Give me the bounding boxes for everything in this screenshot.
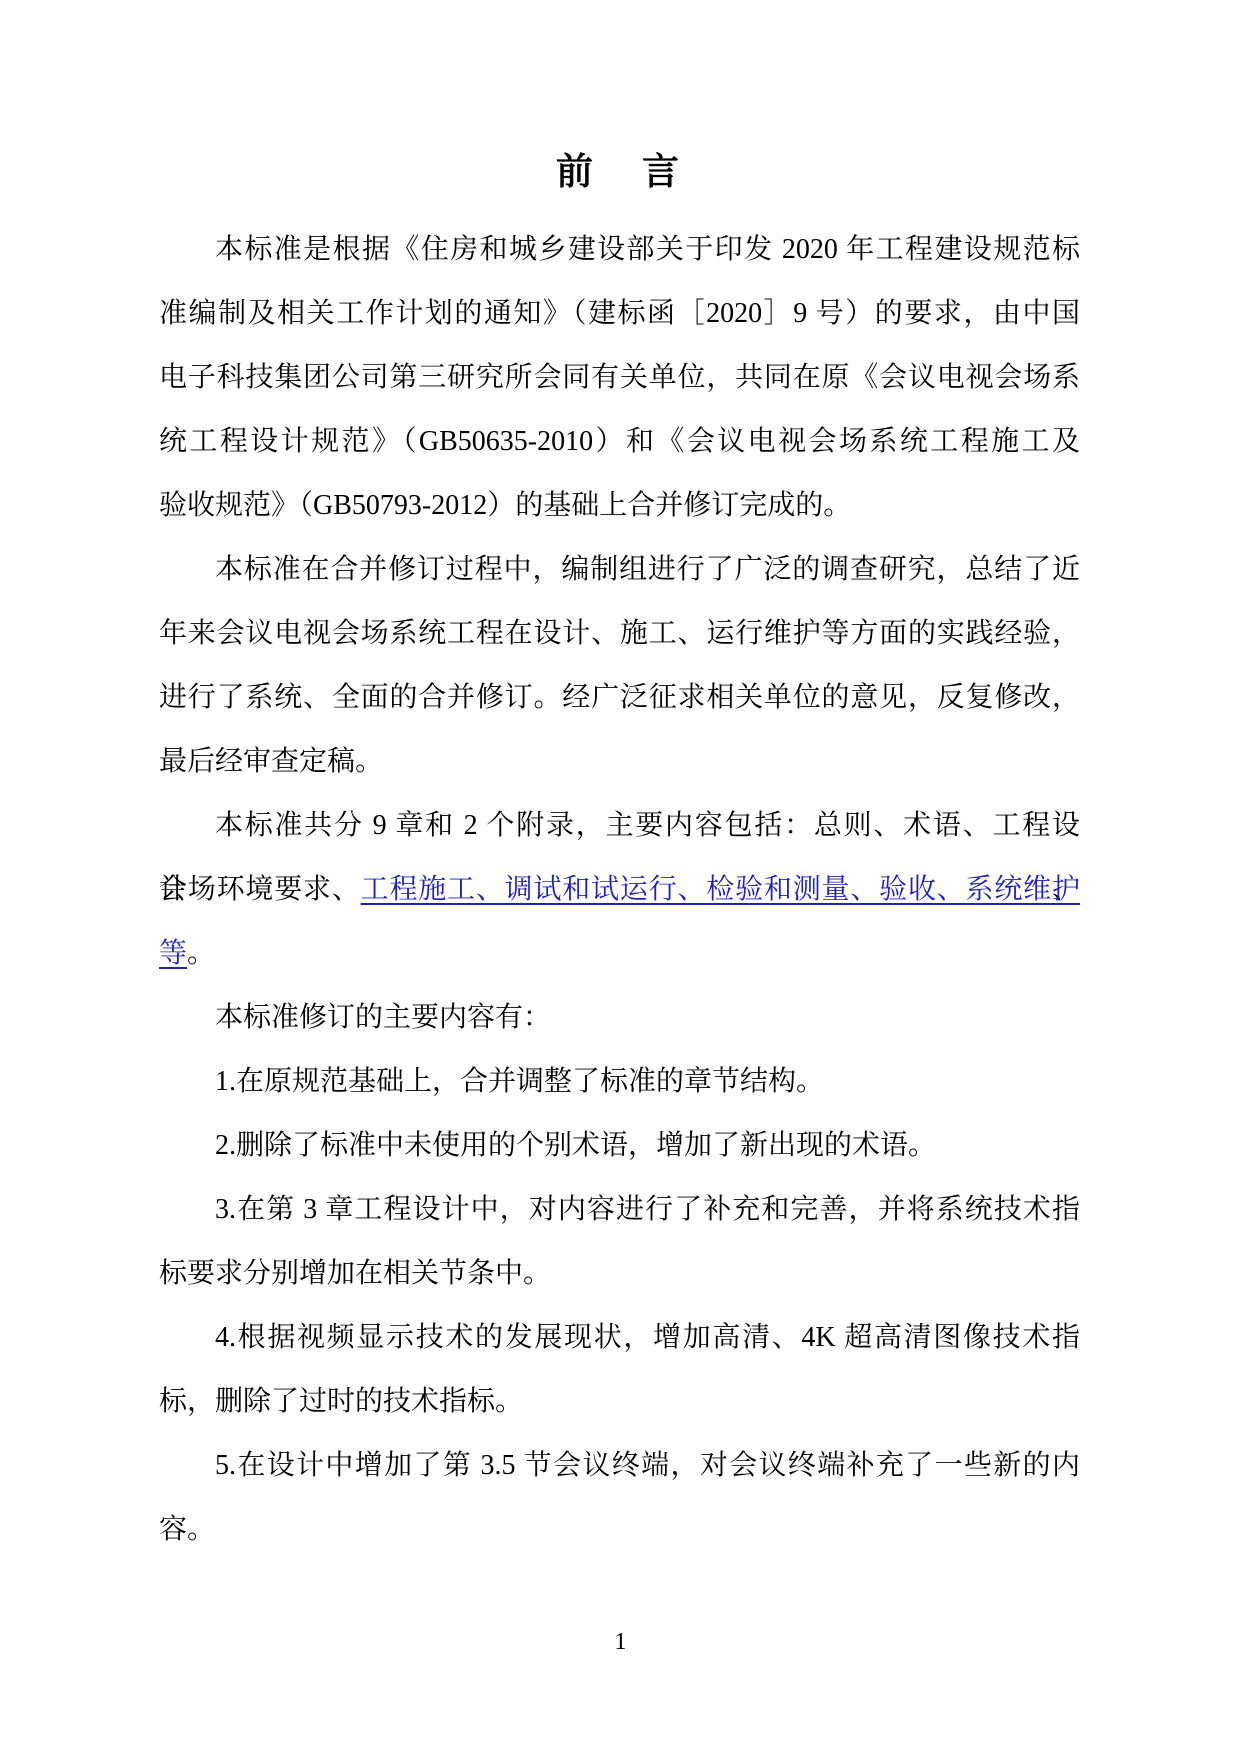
document-page: 前 言 本标准是根据《住房和城乡建设部关于印发 2020 年工程建设规范标 准编… [0,0,1241,1754]
paragraph-4-line-1: 本标准修订的主要内容有： [159,986,1080,1050]
paragraph-1-line-3: 电子科技集团公司第三研究所会同有关单位，共同在原《会议电视会场系 [159,346,1080,410]
revision-item-5-line-2: 容。 [159,1498,1080,1562]
paragraph-3-line-2-text: 会场环境要求、 [159,874,361,905]
revision-item-1: 1.在原规范基础上，合并调整了标准的章节结构。 [159,1050,1080,1114]
paragraph-1-line-1: 本标准是根据《住房和城乡建设部关于印发 2020 年工程建设规范标 [159,218,1080,282]
page-title: 前 言 [0,151,1241,195]
chapter-link-deng[interactable]: 等 [159,938,187,969]
revision-item-3-line-1: 3.在第 3 章工程设计中，对内容进行了补充和完善，并将系统技术指 [159,1178,1080,1242]
paragraph-1-line-4: 统工程设计规范》（GB50635-2010）和《会议电视会场系统工程施工及 [159,410,1080,474]
chapter-links-run[interactable]: 工程施工、调试和试运行、检验和测量、验收、系统维护 [361,874,1080,905]
paragraph-2-line-2: 年来会议电视会场系统工程在设计、施工、运行维护等方面的实践经验， [159,602,1080,666]
paragraph-1-line-5: 验收规范》（GB50793-2012）的基础上合并修订完成的。 [159,474,1080,538]
revision-item-2: 2.删除了标准中未使用的个别术语，增加了新出现的术语。 [159,1114,1080,1178]
paragraph-1-line-2: 准编制及相关工作计划的通知》（建标函［2020］9 号）的要求，由中国 [159,282,1080,346]
document-body: 本标准是根据《住房和城乡建设部关于印发 2020 年工程建设规范标 准编制及相关… [159,218,1080,1562]
paragraph-2-line-3: 进行了系统、全面的合并修订。经广泛征求相关单位的意见，反复修改， [159,666,1080,730]
paragraph-3-line-2: 会场环境要求、工程施工、调试和试运行、检验和测量、验收、系统维护 [159,858,1080,922]
paragraph-3-line-1: 本标准共分 9 章和 2 个附录，主要内容包括：总则、术语、工程设计、 [159,794,1080,858]
paragraph-3-line-3-text: 。 [187,938,215,969]
revision-item-3-line-2: 标要求分别增加在相关节条中。 [159,1242,1080,1306]
paragraph-2-line-1: 本标准在合并修订过程中，编制组进行了广泛的调查研究，总结了近 [159,538,1080,602]
paragraph-2-line-4: 最后经审查定稿。 [159,730,1080,794]
revision-item-4-line-2: 标，删除了过时的技术指标。 [159,1370,1080,1434]
revision-item-5-line-1: 5.在设计中增加了第 3.5 节会议终端，对会议终端补充了一些新的内 [159,1434,1080,1498]
revision-item-4-line-1: 4.根据视频显示技术的发展现状，增加高清、4K 超高清图像技术指 [159,1306,1080,1370]
paragraph-3-line-3: 等。 [159,922,1080,986]
page-number: 1 [0,1628,1241,1656]
